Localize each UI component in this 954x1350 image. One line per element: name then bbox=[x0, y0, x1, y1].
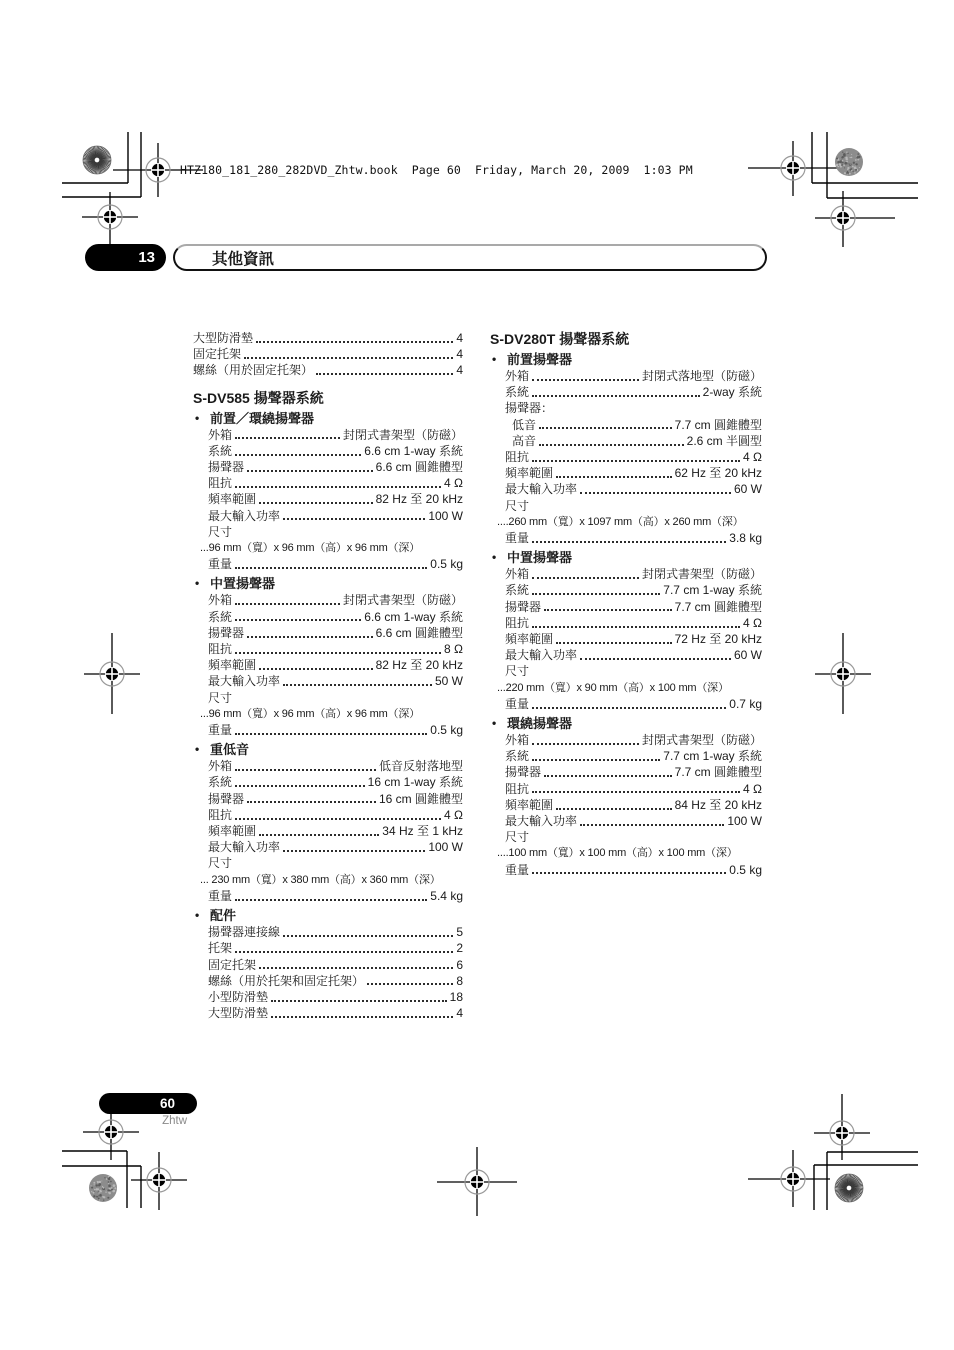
spec-value: 封閉式落地型（防磁） bbox=[642, 368, 762, 384]
spec-label: 頻率範圍 bbox=[208, 657, 256, 673]
dot-leader bbox=[532, 368, 639, 381]
spec-subheading: 尺寸 bbox=[490, 663, 762, 679]
spec-value: 7.7 cm 圓錐體型 bbox=[675, 417, 762, 433]
spec-entry: 頻率範圍82 Hz 至 20 kHz bbox=[193, 491, 463, 507]
spec-value: 100 W bbox=[428, 839, 463, 855]
spec-label: 小型防滑墊 bbox=[208, 989, 268, 1005]
spec-value: 0.5 kg bbox=[430, 556, 463, 572]
spec-value: 4 bbox=[456, 330, 463, 346]
dot-leader bbox=[283, 673, 432, 686]
spec-label: 外箱 bbox=[505, 368, 529, 384]
spec-label: 阻抗 bbox=[505, 615, 529, 631]
spec-value: 封閉式書架型（防磁） bbox=[642, 732, 762, 748]
dot-leader bbox=[580, 813, 724, 826]
dot-leader bbox=[532, 582, 660, 595]
spec-value: 低音反射落地型 bbox=[379, 758, 463, 774]
dot-leader bbox=[259, 657, 373, 670]
dimension-line: ... 230 mm（寬）x 380 mm（高）x 360 mm（深） bbox=[193, 872, 463, 888]
page-number-badge: 60 bbox=[99, 1093, 197, 1114]
spec-value: 100 W bbox=[727, 813, 762, 829]
spec-entry: 阻抗4 Ω bbox=[490, 781, 762, 797]
spec-value: 50 W bbox=[435, 673, 463, 689]
chapter-title: 其他資訊 bbox=[212, 247, 274, 269]
spec-label: 阻抗 bbox=[505, 781, 529, 797]
spec-label: 重量 bbox=[505, 696, 529, 712]
spec-label: 揚聲器 bbox=[208, 459, 244, 475]
spec-entry: 揚聲器連接線5 bbox=[193, 924, 463, 940]
dot-leader bbox=[532, 862, 726, 875]
spec-entry: 阻抗4 Ω bbox=[193, 807, 463, 823]
dot-leader bbox=[367, 973, 453, 986]
spec-value: 5 bbox=[456, 924, 463, 940]
dot-leader bbox=[556, 797, 672, 810]
bullet-icon: • bbox=[195, 741, 199, 758]
bullet-icon: • bbox=[492, 715, 496, 732]
spec-entry: 大型防滑墊4 bbox=[193, 330, 463, 346]
spec-label: 最大輸入功率 bbox=[208, 673, 280, 689]
spec-label: 阻抗 bbox=[208, 807, 232, 823]
registration-mark-icon bbox=[437, 1147, 517, 1216]
spec-value: 4 bbox=[456, 362, 463, 378]
spec-entry: 頻率範圍34 Hz 至 1 kHz bbox=[193, 823, 463, 839]
spec-entry: 重量3.8 kg bbox=[490, 530, 762, 546]
spec-entry: 最大輸入功率100 W bbox=[193, 508, 463, 524]
spec-entry: 外箱封閉式落地型（防磁） bbox=[490, 368, 762, 384]
spec-value: 100 W bbox=[428, 508, 463, 524]
spec-value: 4 bbox=[456, 1005, 463, 1021]
spec-entry: 托架2 bbox=[193, 940, 463, 956]
bullet-icon: • bbox=[195, 907, 199, 924]
spec-value: 8 bbox=[456, 973, 463, 989]
dot-leader bbox=[235, 807, 441, 820]
spec-entry: 系統7.7 cm 1-way 系統 bbox=[490, 582, 762, 598]
spec-label: 頻率範圍 bbox=[505, 465, 553, 481]
spec-value: 3.8 kg bbox=[729, 530, 762, 546]
registration-mark-icon bbox=[815, 191, 895, 247]
spec-entry: 最大輸入功率60 W bbox=[490, 481, 762, 497]
spec-entry: 重量5.4 kg bbox=[193, 888, 463, 904]
dot-leader bbox=[235, 774, 365, 787]
spec-value: 82 Hz 至 20 kHz bbox=[376, 657, 463, 673]
registration-mark-icon bbox=[748, 1150, 830, 1207]
spec-entry: 揚聲器7.7 cm 圓錐體型 bbox=[490, 764, 762, 780]
dot-leader bbox=[259, 491, 373, 504]
spec-label: 重量 bbox=[208, 722, 232, 738]
subsection-heading: •中置揚聲器 bbox=[490, 549, 762, 566]
spec-entry: 揚聲器7.7 cm 圓錐體型 bbox=[490, 599, 762, 615]
spec-label: 系統 bbox=[505, 582, 529, 598]
spec-label: 高音 bbox=[512, 433, 536, 449]
dot-leader bbox=[532, 566, 639, 579]
spec-entry: 最大輸入功率100 W bbox=[490, 813, 762, 829]
subsection-heading-text: 中置揚聲器 bbox=[210, 576, 275, 591]
dot-leader bbox=[271, 1005, 453, 1018]
spec-value: 4 Ω bbox=[444, 807, 463, 823]
dot-leader bbox=[235, 443, 361, 456]
dot-leader bbox=[247, 625, 373, 638]
subsection-heading: •環繞揚聲器 bbox=[490, 715, 762, 732]
spec-value: 6.6 cm 1-way 系統 bbox=[364, 609, 463, 625]
spec-label: 頻率範圍 bbox=[208, 823, 256, 839]
subsection-heading-text: 重低音 bbox=[210, 742, 249, 757]
spec-label: 外箱 bbox=[208, 592, 232, 608]
chapter-number: 13 bbox=[138, 249, 155, 266]
spec-value: 7.7 cm 圓錐體型 bbox=[675, 764, 762, 780]
spec-label: 頻率範圍 bbox=[208, 491, 256, 507]
chapter-title-box: 其他資訊 bbox=[173, 244, 767, 271]
spec-label: 阻抗 bbox=[505, 449, 529, 465]
spec-label: 螺絲（用於固定托架） bbox=[193, 362, 313, 378]
dot-leader bbox=[544, 764, 672, 777]
dot-leader bbox=[539, 433, 684, 446]
spec-label: 托架 bbox=[208, 940, 232, 956]
spec-entry: 揚聲器16 cm 圓錐體型 bbox=[193, 791, 463, 807]
spec-label: 系統 bbox=[208, 774, 232, 790]
pinwheel-dot-icon bbox=[835, 1174, 863, 1202]
dot-leader bbox=[283, 924, 453, 937]
spec-label: 揚聲器連接線 bbox=[208, 924, 280, 940]
spec-label: 大型防滑墊 bbox=[208, 1005, 268, 1021]
subsection-heading-text: 環繞揚聲器 bbox=[507, 716, 572, 731]
subsection-heading-text: 前置揚聲器 bbox=[507, 352, 572, 367]
page-number: 60 bbox=[160, 1096, 175, 1111]
spec-label: 重量 bbox=[505, 530, 529, 546]
spec-label: 揚聲器 bbox=[505, 599, 541, 615]
bullet-icon: • bbox=[492, 549, 496, 566]
manual-page: HTZ180_181_280_282DVD_Zhtw.book Page 60 … bbox=[0, 0, 954, 1350]
spec-label: 最大輸入功率 bbox=[505, 481, 577, 497]
spec-label: 螺絲（用於托架和固定托架） bbox=[208, 973, 364, 989]
spec-label: 最大輸入功率 bbox=[208, 508, 280, 524]
dot-leader bbox=[235, 888, 427, 901]
spec-entry: 外箱低音反射落地型 bbox=[193, 758, 463, 774]
spec-value: 8 Ω bbox=[444, 641, 463, 657]
spec-label: 揚聲器 bbox=[208, 625, 244, 641]
spec-entry: 頻率範圍82 Hz 至 20 kHz bbox=[193, 657, 463, 673]
spec-entry: 阻抗8 Ω bbox=[193, 641, 463, 657]
halftone-dot-icon bbox=[89, 1174, 117, 1202]
dot-leader bbox=[532, 696, 726, 709]
spec-entry: 重量0.5 kg bbox=[193, 556, 463, 572]
registration-mark-icon bbox=[748, 141, 848, 196]
spec-entry: 阻抗4 Ω bbox=[490, 615, 762, 631]
spec-value: 16 cm 圓錐體型 bbox=[379, 791, 463, 807]
registration-mark-icon bbox=[814, 1094, 870, 1160]
dot-leader bbox=[556, 631, 672, 644]
spec-entry: 低音7.7 cm 圓錐體型 bbox=[490, 417, 762, 433]
spec-value: 4 Ω bbox=[743, 449, 762, 465]
dot-leader bbox=[532, 748, 660, 761]
spec-entry: 系統2-way 系統 bbox=[490, 384, 762, 400]
dimension-line: ...220 mm（寬）x 90 mm（高）x 100 mm（深） bbox=[490, 680, 762, 696]
spec-value: 18 bbox=[450, 989, 463, 1005]
chapter-header: 13 其他資訊 bbox=[85, 244, 767, 271]
dot-leader bbox=[247, 459, 373, 472]
spec-subheading: 揚聲器： bbox=[490, 400, 762, 416]
dot-leader bbox=[539, 417, 672, 430]
spec-label: 最大輸入功率 bbox=[208, 839, 280, 855]
spec-value: 7.7 cm 圓錐體型 bbox=[675, 599, 762, 615]
spec-entry: 外箱封閉式書架型（防磁） bbox=[490, 732, 762, 748]
spec-value: 0.7 kg bbox=[729, 696, 762, 712]
spec-value: 封閉式書架型（防磁） bbox=[343, 592, 463, 608]
spec-entry: 最大輸入功率50 W bbox=[193, 673, 463, 689]
spec-value: 2-way 系統 bbox=[703, 384, 762, 400]
dot-leader bbox=[580, 481, 731, 494]
section-title: S-DV280T 揚聲器系統 bbox=[490, 330, 762, 348]
spec-value: 72 Hz 至 20 kHz bbox=[675, 631, 762, 647]
registration-mark-icon bbox=[815, 633, 871, 714]
subsection-heading: •前置／環繞揚聲器 bbox=[193, 410, 463, 427]
pinwheel-dot-icon bbox=[83, 146, 111, 174]
spec-entry: 最大輸入功率100 W bbox=[193, 839, 463, 855]
spec-label: 頻率範圍 bbox=[505, 797, 553, 813]
dot-leader bbox=[259, 957, 453, 970]
spec-value: 84 Hz 至 20 kHz bbox=[675, 797, 762, 813]
dot-leader bbox=[580, 647, 731, 660]
subsection-heading-text: 前置／環繞揚聲器 bbox=[210, 411, 314, 426]
bullet-icon: • bbox=[195, 575, 199, 592]
subsection-heading-text: 中置揚聲器 bbox=[507, 550, 572, 565]
dot-leader bbox=[247, 791, 376, 804]
spec-value: 7.7 cm 1-way 系統 bbox=[663, 748, 762, 764]
spec-label: 系統 bbox=[208, 443, 232, 459]
spec-entry: 揚聲器6.6 cm 圓錐體型 bbox=[193, 625, 463, 641]
dot-leader bbox=[235, 722, 427, 735]
spec-subheading: 尺寸 bbox=[490, 829, 762, 845]
dot-leader bbox=[244, 346, 453, 359]
subsection-heading-text: 配件 bbox=[210, 908, 236, 923]
dot-leader bbox=[283, 839, 425, 852]
spec-entry: 重量0.5 kg bbox=[193, 722, 463, 738]
spec-label: 系統 bbox=[505, 384, 529, 400]
spec-value: 6.6 cm 圓錐體型 bbox=[376, 625, 463, 641]
spec-value: 82 Hz 至 20 kHz bbox=[376, 491, 463, 507]
dot-leader bbox=[235, 940, 453, 953]
spec-value: 62 Hz 至 20 kHz bbox=[675, 465, 762, 481]
spec-subheading: 尺寸 bbox=[193, 855, 463, 871]
spec-label: 固定托架 bbox=[193, 346, 241, 362]
spec-label: 頻率範圍 bbox=[505, 631, 553, 647]
spec-subheading: 尺寸 bbox=[490, 498, 762, 514]
spec-label: 大型防滑墊 bbox=[193, 330, 253, 346]
spec-entry: 固定托架6 bbox=[193, 957, 463, 973]
spec-value: 4 Ω bbox=[444, 475, 463, 491]
spec-value: 6.6 cm 1-way 系統 bbox=[364, 443, 463, 459]
print-registration-marks-layer bbox=[0, 0, 954, 1350]
dot-leader bbox=[235, 641, 441, 654]
spec-value: 5.4 kg bbox=[430, 888, 463, 904]
spec-entry: 螺絲（用於固定托架）4 bbox=[193, 362, 463, 378]
dot-leader bbox=[235, 758, 376, 771]
spec-label: 阻抗 bbox=[208, 641, 232, 657]
spec-label: 重量 bbox=[208, 556, 232, 572]
spec-value: 0.5 kg bbox=[729, 862, 762, 878]
dot-leader bbox=[256, 330, 453, 343]
spec-value: 60 W bbox=[734, 647, 762, 663]
dot-leader bbox=[532, 615, 740, 628]
spec-value: 4 Ω bbox=[743, 615, 762, 631]
spec-label: 外箱 bbox=[505, 566, 529, 582]
spec-entry: 頻率範圍84 Hz 至 20 kHz bbox=[490, 797, 762, 813]
spec-label: 系統 bbox=[505, 748, 529, 764]
spec-entry: 揚聲器6.6 cm 圓錐體型 bbox=[193, 459, 463, 475]
spec-subheading: 尺寸 bbox=[193, 524, 463, 540]
subsection-heading: •重低音 bbox=[193, 741, 463, 758]
spec-entry: 大型防滑墊4 bbox=[193, 1005, 463, 1021]
dot-leader bbox=[532, 384, 700, 397]
spec-entry: 重量0.7 kg bbox=[490, 696, 762, 712]
spec-label: 阻抗 bbox=[208, 475, 232, 491]
spec-label: 揚聲器 bbox=[208, 791, 244, 807]
dot-leader bbox=[532, 530, 726, 543]
halftone-dot-icon bbox=[835, 148, 863, 176]
spec-label: 外箱 bbox=[208, 758, 232, 774]
spec-value: 封閉式書架型（防磁） bbox=[343, 427, 463, 443]
spec-entry: 阻抗4 Ω bbox=[490, 449, 762, 465]
spec-entry: 系統6.6 cm 1-way 系統 bbox=[193, 609, 463, 625]
spec-label: 最大輸入功率 bbox=[505, 647, 577, 663]
subsection-heading: •前置揚聲器 bbox=[490, 351, 762, 368]
spec-value: 封閉式書架型（防磁） bbox=[642, 566, 762, 582]
spec-label: 固定托架 bbox=[208, 957, 256, 973]
spec-entry: 系統7.7 cm 1-way 系統 bbox=[490, 748, 762, 764]
subsection-heading: •配件 bbox=[193, 907, 463, 924]
registration-mark-icon bbox=[84, 633, 140, 714]
spec-entry: 系統16 cm 1-way 系統 bbox=[193, 774, 463, 790]
spec-entry: 頻率範圍72 Hz 至 20 kHz bbox=[490, 631, 762, 647]
dot-leader bbox=[235, 427, 340, 440]
spec-value: 2.6 cm 半圓型 bbox=[687, 433, 762, 449]
spec-value: 60 W bbox=[734, 481, 762, 497]
dot-leader bbox=[316, 362, 453, 375]
left-column: 大型防滑墊4固定托架4螺絲（用於固定托架）4S-DV585 揚聲器系統•前置／環… bbox=[193, 330, 463, 1021]
spec-label: 低音 bbox=[512, 417, 536, 433]
subsection-heading: •中置揚聲器 bbox=[193, 575, 463, 592]
print-header-text: HTZ180_181_280_282DVD_Zhtw.book Page 60 … bbox=[180, 163, 693, 177]
spec-label: 系統 bbox=[208, 609, 232, 625]
dot-leader bbox=[283, 508, 425, 521]
dot-leader bbox=[235, 609, 361, 622]
registration-mark-icon bbox=[131, 1152, 187, 1210]
dot-leader bbox=[235, 556, 427, 569]
spec-subheading: 尺寸 bbox=[193, 690, 463, 706]
bullet-icon: • bbox=[492, 351, 496, 368]
spec-value: 6 bbox=[456, 957, 463, 973]
spec-entry: 阻抗4 Ω bbox=[193, 475, 463, 491]
dot-leader bbox=[556, 465, 672, 478]
dimension-line: ...96 mm（寬）x 96 mm（高）x 96 mm（深） bbox=[193, 706, 463, 722]
language-code-label: Zhtw bbox=[99, 1115, 187, 1127]
dimension-line: ....260 mm（寬）x 1097 mm（高）x 260 mm（深） bbox=[490, 514, 762, 530]
spec-entry: 螺絲（用於托架和固定托架）8 bbox=[193, 973, 463, 989]
spec-label: 重量 bbox=[505, 862, 529, 878]
spec-entry: 頻率範圍62 Hz 至 20 kHz bbox=[490, 465, 762, 481]
spec-value: 16 cm 1-way 系統 bbox=[368, 774, 463, 790]
bullet-icon: • bbox=[195, 410, 199, 427]
spec-entry: 外箱封閉式書架型（防磁） bbox=[193, 427, 463, 443]
chapter-number-badge: 13 bbox=[85, 244, 166, 271]
spec-label: 外箱 bbox=[208, 427, 232, 443]
dot-leader bbox=[271, 989, 447, 1002]
spec-value: 6.6 cm 圓錐體型 bbox=[376, 459, 463, 475]
dimension-line: ...96 mm（寬）x 96 mm（高）x 96 mm（深） bbox=[193, 540, 463, 556]
spec-value: 2 bbox=[456, 940, 463, 956]
spec-value: 34 Hz 至 1 kHz bbox=[382, 823, 463, 839]
dot-leader bbox=[235, 592, 340, 605]
spec-label: 重量 bbox=[208, 888, 232, 904]
spec-value: 4 Ω bbox=[743, 781, 762, 797]
dot-leader bbox=[532, 732, 639, 745]
dimension-line: ....100 mm（寬）x 100 mm（高）x 100 mm（深） bbox=[490, 845, 762, 861]
dot-leader bbox=[259, 823, 379, 836]
spec-entry: 固定托架4 bbox=[193, 346, 463, 362]
dot-leader bbox=[235, 475, 441, 488]
spec-label: 外箱 bbox=[505, 732, 529, 748]
spec-value: 0.5 kg bbox=[430, 722, 463, 738]
spec-label: 揚聲器 bbox=[505, 764, 541, 780]
spec-entry: 高音2.6 cm 半圓型 bbox=[490, 433, 762, 449]
dot-leader bbox=[532, 449, 740, 462]
right-column: S-DV280T 揚聲器系統•前置揚聲器外箱封閉式落地型（防磁）系統2-way … bbox=[490, 330, 762, 878]
dot-leader bbox=[532, 781, 740, 794]
registration-mark-icon bbox=[82, 192, 138, 245]
spec-entry: 外箱封閉式書架型（防磁） bbox=[490, 566, 762, 582]
spec-entry: 最大輸入功率60 W bbox=[490, 647, 762, 663]
dot-leader bbox=[544, 599, 672, 612]
spec-entry: 重量0.5 kg bbox=[490, 862, 762, 878]
section-title: S-DV585 揚聲器系統 bbox=[193, 389, 463, 407]
spec-label: 最大輸入功率 bbox=[505, 813, 577, 829]
spec-entry: 小型防滑墊18 bbox=[193, 989, 463, 1005]
spec-value: 7.7 cm 1-way 系統 bbox=[663, 582, 762, 598]
spec-entry: 外箱封閉式書架型（防磁） bbox=[193, 592, 463, 608]
spec-entry: 系統6.6 cm 1-way 系統 bbox=[193, 443, 463, 459]
spec-value: 4 bbox=[456, 346, 463, 362]
